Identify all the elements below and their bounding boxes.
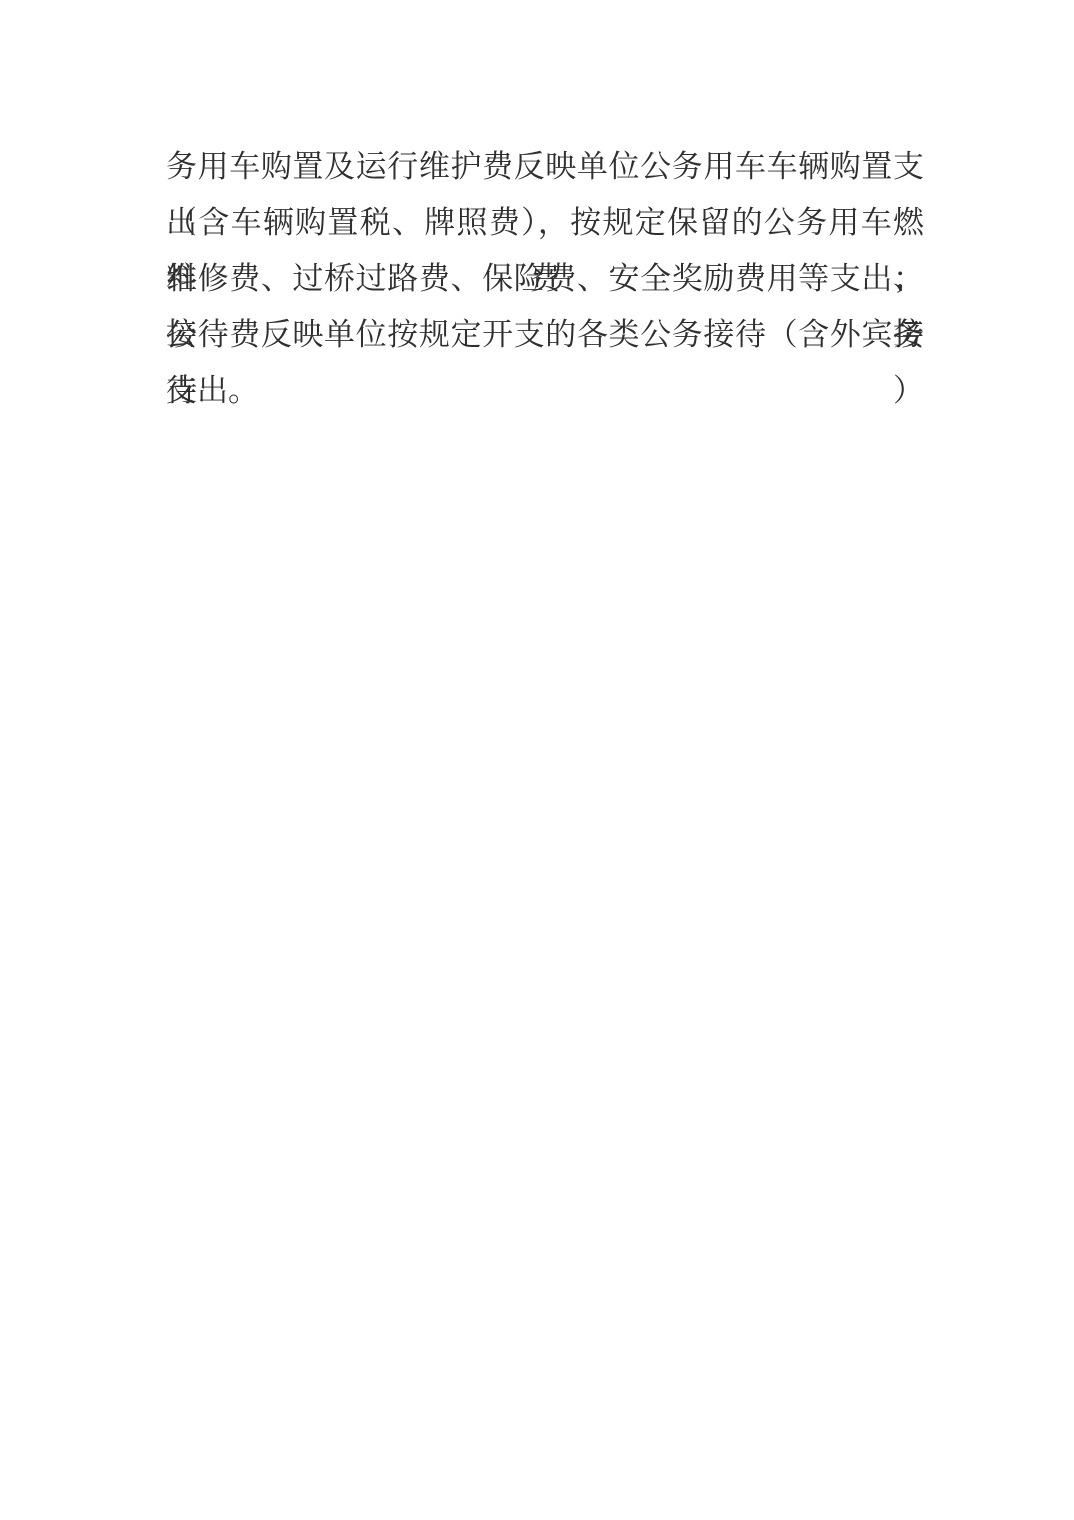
paragraph-line: 接待费反映单位按规定开支的各类公务接待（含外宾接待） xyxy=(166,307,924,363)
paragraph: 务用车购置及运行维护费反映单位公务用车车辆购置支出 （含车辆购置税、牌照费），按… xyxy=(166,139,924,419)
document-page: 务用车购置及运行维护费反映单位公务用车车辆购置支出 （含车辆购置税、牌照费），按… xyxy=(0,0,1074,1520)
paragraph-line: 务用车购置及运行维护费反映单位公务用车车辆购置支出 xyxy=(166,139,924,195)
paragraph-line: （含车辆购置税、牌照费），按规定保留的公务用车燃料费、 xyxy=(166,195,924,251)
paragraph-line: 维修费、过桥过路费、保险费、安全奖励费用等支出；公务 xyxy=(166,251,924,307)
